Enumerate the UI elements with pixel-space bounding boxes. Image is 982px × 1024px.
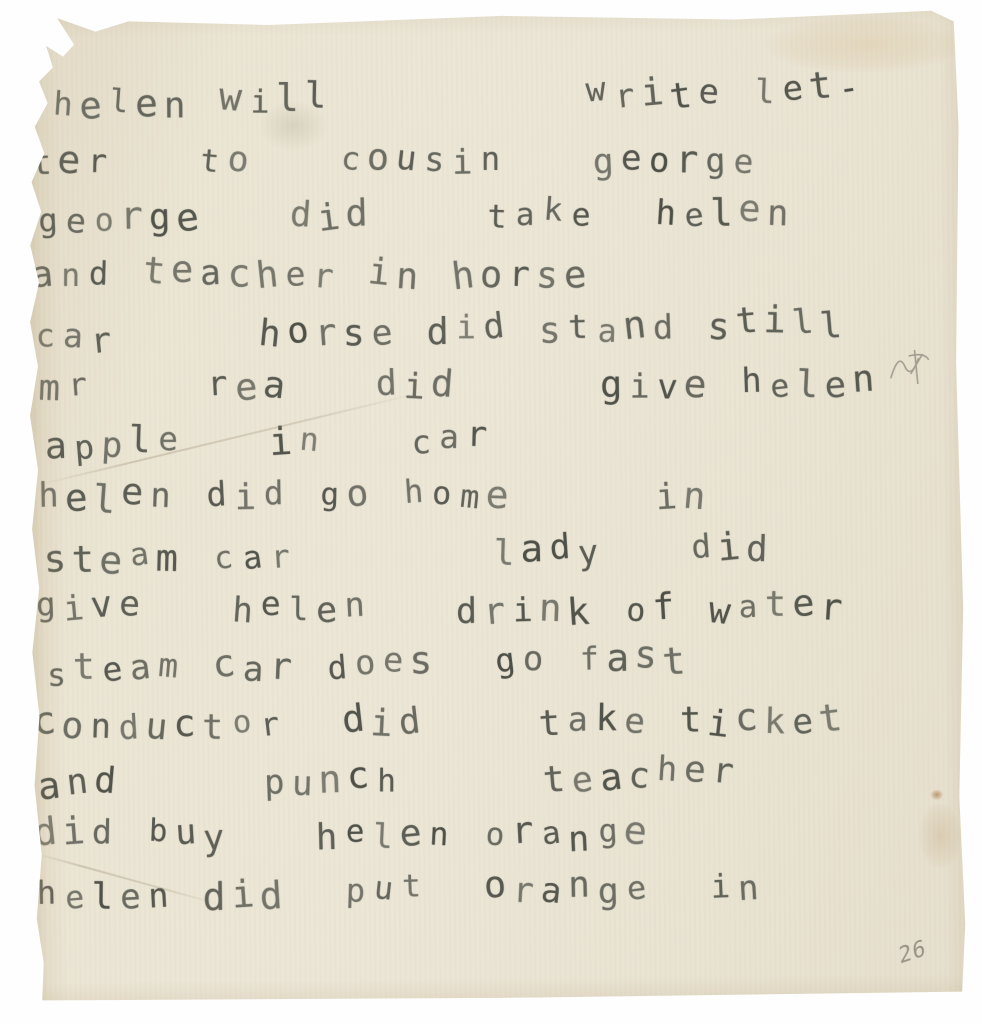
handwritten-line: helen did put orange in bbox=[35, 866, 766, 917]
handwritten-line: and teacher in horse bbox=[32, 254, 594, 294]
scanned-letter-photo: helen will write let- ter to cousin geor… bbox=[0, 0, 982, 1024]
handwritten-text-block: helen will write let- ter to cousin geor… bbox=[25, 8, 968, 1003]
handwritten-line: did buy helen orange bbox=[35, 815, 653, 856]
handwritten-line: and punch teacher bbox=[38, 753, 741, 805]
handwritten-line: ter to cousin george bbox=[31, 140, 761, 182]
handwritten-line: car horse did stand still bbox=[34, 303, 849, 358]
handwritten-line: helen did go home in bbox=[38, 473, 712, 517]
handwritten-line: apple in car bbox=[45, 418, 495, 466]
stray-pencil-mark bbox=[884, 344, 936, 396]
handwritten-line: mr rea did give helen bbox=[39, 363, 882, 407]
handwritten-line: steam car does go fast bbox=[45, 639, 691, 692]
handwritten-line: george did take helen bbox=[37, 191, 796, 242]
letter-paper-sheet: helen will write let- ter to cousin geor… bbox=[25, 8, 968, 1003]
handwritten-line: give helen drink of water bbox=[35, 588, 849, 629]
handwritten-line: helen will write let- bbox=[52, 68, 867, 124]
handwritten-line: steam car lady did bbox=[44, 527, 775, 579]
handwritten-line: conductor did take ticket bbox=[34, 701, 848, 745]
